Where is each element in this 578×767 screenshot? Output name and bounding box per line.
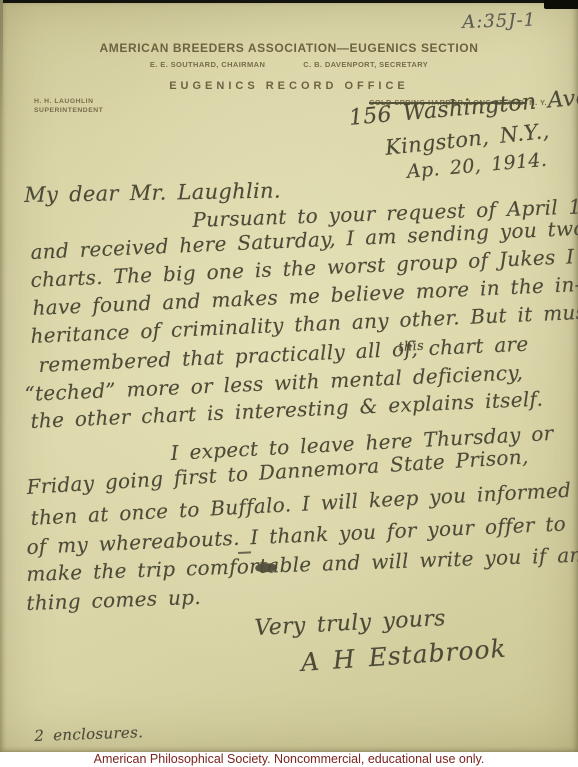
salutation: My dear Mr. Laughlin. (24, 179, 281, 207)
scanned-letter-page: A:35J-1 AMERICAN BREEDERS ASSOCIATION—EU… (0, 0, 578, 767)
enclosures-note: 2 enclosures. (34, 723, 143, 745)
handwriting-layer: 156 Washington Ave.,Kingston, N.Y.,Ap. 2… (0, 0, 578, 752)
closing: Very truly yours (254, 606, 446, 641)
inserted-word: this (398, 339, 424, 355)
source-caption: American Philosophical Society. Noncomme… (0, 752, 578, 767)
signature: A H Estabrook (300, 634, 508, 677)
letter-body-line: thing comes up. (26, 585, 201, 615)
letter-paper: A:35J-1 AMERICAN BREEDERS ASSOCIATION—EU… (0, 0, 578, 752)
